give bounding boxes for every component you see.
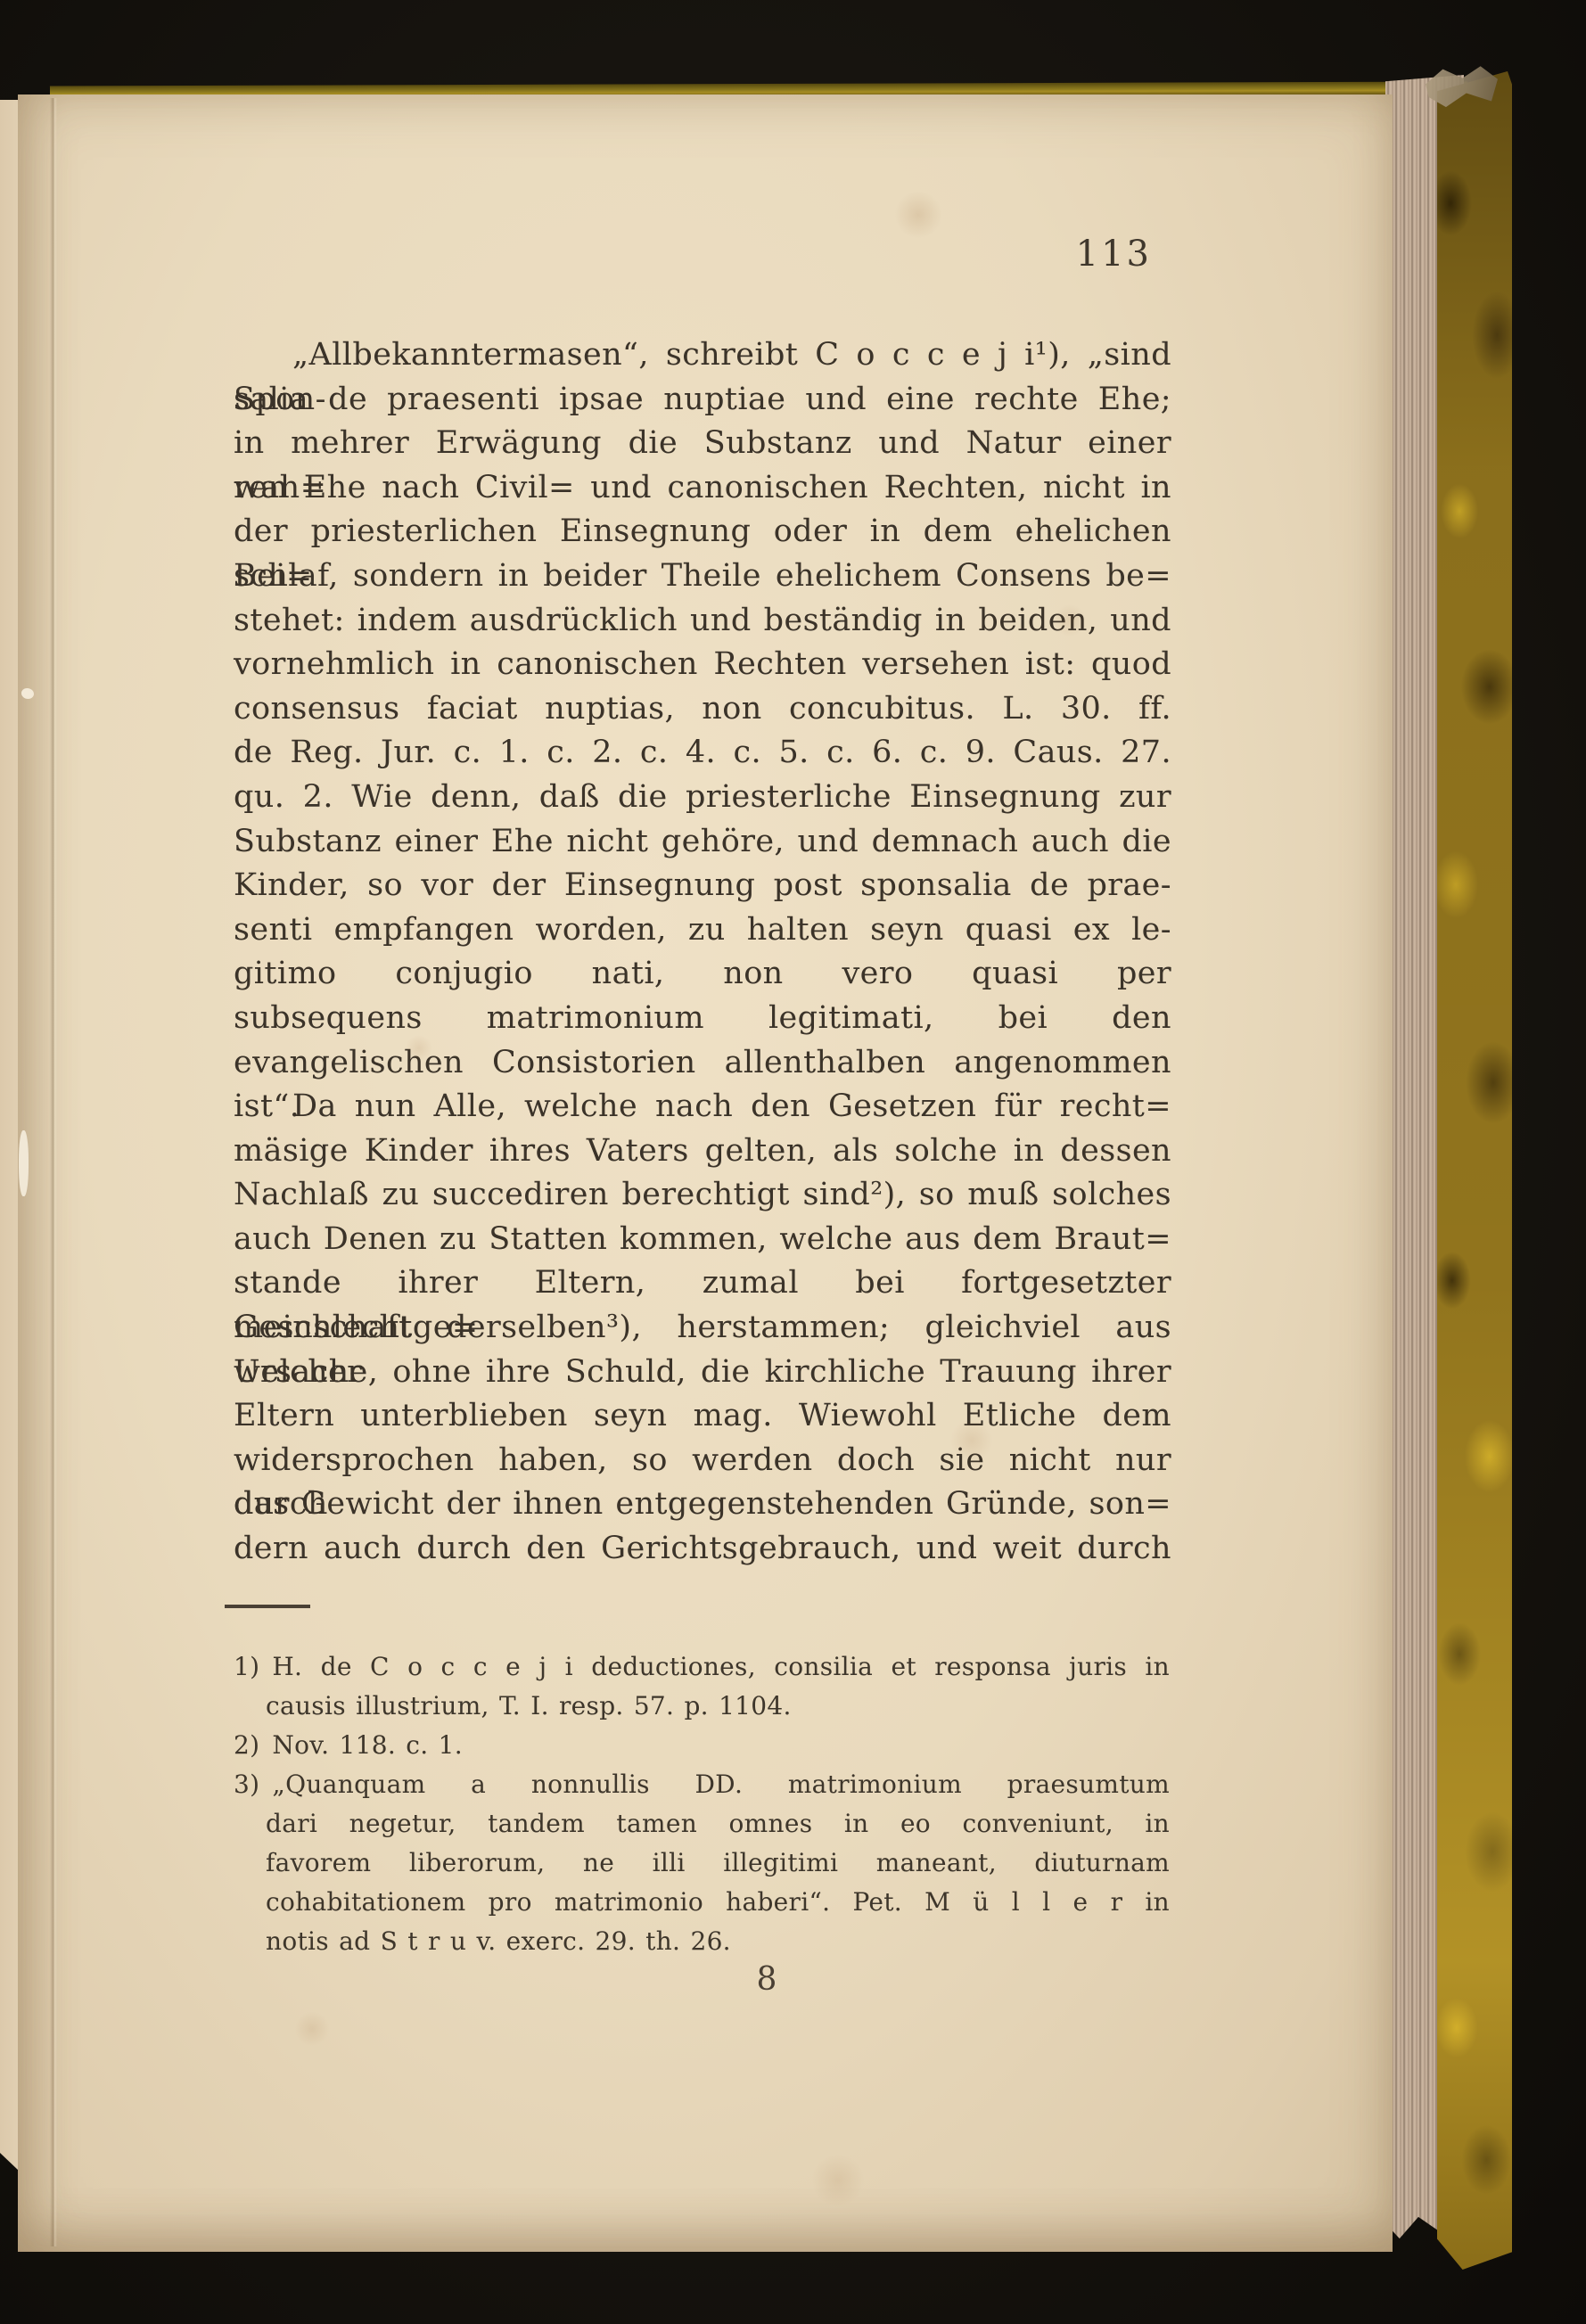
text-line: in mehrer Erwägung die Substanz und Natu… (234, 422, 1171, 466)
footnotes: 1)H. de C o c c e j i deductiones, consi… (234, 1647, 1170, 1961)
text-line: stande ihrer Eltern, zumal bei fortgeset… (234, 1261, 1171, 1306)
text-line: Da nun Alle, welche nach den Gesetzen fü… (234, 1085, 1171, 1129)
paragraph: „Allbekanntermasen“, schreibt C o c c e … (234, 333, 1171, 1085)
paragraph: Da nun Alle, welche nach den Gesetzen fü… (234, 1085, 1171, 1572)
text-line: das Gewicht der ihnen entgegenstehenden … (234, 1482, 1171, 1527)
footnote-line: dari negetur, tandem tamen omnes in eo c… (234, 1804, 1170, 1844)
marbled-cover-edge (1437, 71, 1512, 2270)
footnote-marker: 2) (234, 1730, 259, 1760)
text-line: subsequens matrimonium legitimati, bei d… (234, 997, 1171, 1041)
text-line: senti empfangen worden, zu halten seyn q… (234, 908, 1171, 953)
text-line: stehet: indem ausdrücklich und beständig… (234, 599, 1171, 644)
footnote: 1)H. de C o c c e j i deductiones, consi… (234, 1647, 1170, 1726)
paper-chip (21, 688, 34, 699)
text-line: qu. 2. Wie denn, daß die priesterliche E… (234, 776, 1171, 820)
footnote-marker: 1) (234, 1652, 259, 1681)
paper-chip (19, 1130, 29, 1196)
text-line: Kinder, so vor der Einsegnung post spons… (234, 864, 1171, 908)
signature-mark: 8 (731, 1961, 802, 1998)
footnote-line: cohabitationem pro matrimonio haberi“. P… (234, 1883, 1170, 1922)
footnote: 3)„Quanquam a nonnullis DD. matrimonium … (234, 1765, 1170, 1961)
footnote-marker: 3) (234, 1770, 259, 1799)
text-line: der priesterlichen Einsegnung oder in de… (234, 510, 1171, 554)
footnote-line: 1)H. de C o c c e j i deductiones, consi… (234, 1647, 1170, 1687)
footnote-separator-rule (225, 1605, 310, 1608)
text-line: „Allbekanntermasen“, schreibt C o c c e … (234, 333, 1171, 378)
text-line: ren Ehe nach Civil= und canonischen Rech… (234, 466, 1171, 511)
footnote-line: 3)„Quanquam a nonnullis DD. matrimonium … (234, 1765, 1170, 1804)
footnote: 2)Nov. 118. c. 1. (234, 1726, 1170, 1765)
page-number: 113 (1066, 234, 1152, 275)
text-line: de Reg. Jur. c. 1. c. 2. c. 4. c. 5. c. … (234, 731, 1171, 776)
text-body: „Allbekanntermasen“, schreibt C o c c e … (234, 333, 1171, 1572)
scanned-book-photo: { "page": { "number": "113", "signature_… (0, 0, 1586, 2324)
text-line: Eltern unterblieben seyn mag. Wiewohl Et… (234, 1394, 1171, 1439)
text-line: Ursache, ohne ihre Schuld, die kirchlich… (234, 1351, 1171, 1395)
text-line: vornehmlich in canonischen Rechten verse… (234, 643, 1171, 687)
text-line: evangelischen Consistorien allenthalben … (234, 1041, 1171, 1086)
text-line: widersprochen haben, so werden doch sie … (234, 1439, 1171, 1483)
text-line: mäsige Kinder ihres Vaters gelten, als s… (234, 1129, 1171, 1174)
text-line: consensus faciat nuptias, non concubitus… (234, 687, 1171, 732)
text-line: Nachlaß zu succediren berechtigt sind²),… (234, 1173, 1171, 1218)
footnote-line: causis illustrium, T. I. resp. 57. p. 11… (234, 1687, 1170, 1726)
text-line: Substanz einer Ehe nicht gehöre, und dem… (234, 820, 1171, 865)
text-line: schlaf, sondern in beider Theile ehelich… (234, 554, 1171, 599)
text-line: gitimo conjugio nati, non vero quasi per (234, 952, 1171, 997)
text-line: salia de praesenti ipsae nuptiae und ein… (234, 378, 1171, 423)
footnote-line: 2)Nov. 118. c. 1. (234, 1726, 1170, 1765)
text-line: meinschaft derselben³), herstammen; glei… (234, 1306, 1171, 1351)
text-line: dern auch durch den Gerichtsgebrauch, un… (234, 1527, 1171, 1572)
footnote-line: favorem liberorum, ne illi illegitimi ma… (234, 1844, 1170, 1883)
footnote-line: notis ad S t r u v. exerc. 29. th. 26. (234, 1922, 1170, 1961)
text-line: auch Denen zu Statten kommen, welche aus… (234, 1218, 1171, 1262)
gutter-crease (50, 98, 57, 2246)
